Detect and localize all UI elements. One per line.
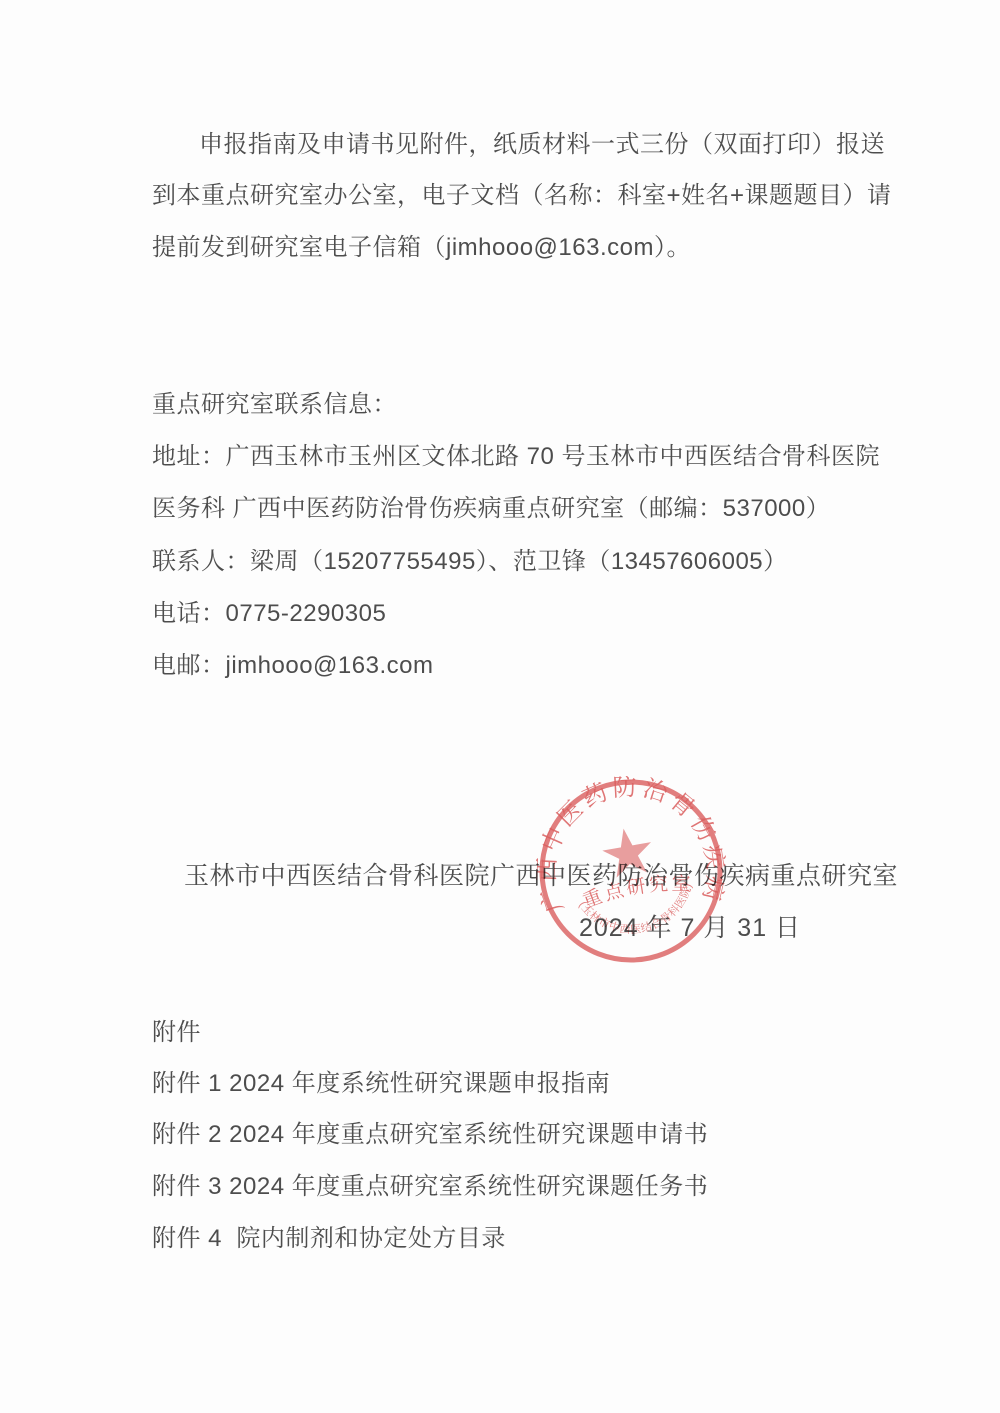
- signature-date: 2024 年 7 月 31 日: [579, 911, 801, 945]
- attachment-item: 附件 3 2024 年度重点研究室系统性研究课题任务书: [152, 1170, 708, 1204]
- contact-phone: 电话：0775-2290305: [152, 597, 386, 631]
- attachments-heading: 附件: [152, 1016, 201, 1050]
- attachment-item: 附件 4 院内制剂和协定处方目录: [152, 1222, 506, 1256]
- contact-address-line-2: 医务科 广西中医药防治骨伤疾病重点研究室（邮编：537000）: [152, 492, 830, 526]
- intro-line-2: 到本重点研究室办公室，电子文档（名称：科室+姓名+课题题目）请: [152, 179, 892, 213]
- contact-heading: 重点研究室联系信息：: [152, 388, 397, 422]
- contact-persons: 联系人：梁周（15207755495）、范卫锋（13457606005）: [152, 545, 788, 579]
- attachment-item: 附件 2 2024 年度重点研究室系统性研究课题申请书: [152, 1118, 708, 1152]
- document-page: 申报指南及申请书见附件，纸质材料一式三份（双面打印）报送 到本重点研究室办公室，…: [0, 0, 1000, 1413]
- contact-address-line-1: 地址：广西玉林市玉州区文体北路 70 号玉林市中西医结合骨科医院: [152, 440, 880, 474]
- signature-org: 玉林市中西医结合骨科医院广西中医药防治骨伤疾病重点研究室: [184, 859, 898, 893]
- attachment-item: 附件 1 2024 年度系统性研究课题申报指南: [152, 1067, 610, 1101]
- intro-line-1: 申报指南及申请书见附件，纸质材料一式三份（双面打印）报送: [199, 128, 885, 162]
- intro-line-3: 提前发到研究室电子信箱（jimhooo@163.com）。: [152, 231, 691, 265]
- contact-email: 电邮：jimhooo@163.com: [152, 649, 433, 683]
